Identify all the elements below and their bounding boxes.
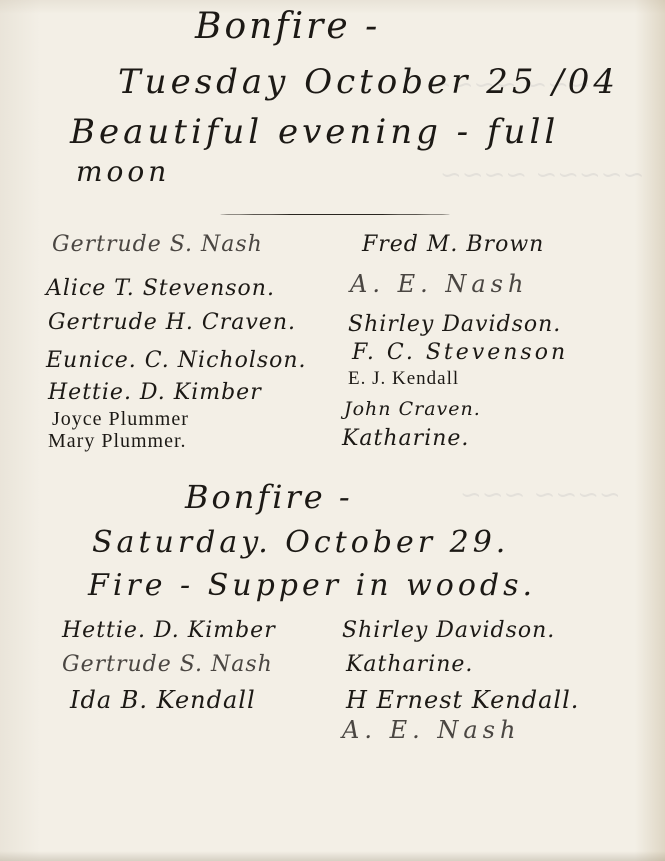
signature: A. E. Nash: [350, 270, 528, 298]
signature: E. J. Kendall: [348, 368, 459, 390]
entry-2-note: Fire - Supper in woods.: [88, 568, 536, 603]
handwritten-guestbook-page: ~~~ ~~~~ ~~~~~ ~~~~ ~~~~ ~~~ Bonfire - T…: [0, 0, 665, 861]
signature: Gertrude S. Nash: [52, 232, 263, 257]
signature: Gertrude S. Nash: [62, 652, 273, 677]
bleed-through-text: ~~~~ ~~~: [460, 480, 621, 510]
signature: H Ernest Kendall.: [346, 686, 579, 714]
entry-1-date: Tuesday October 25 /04: [118, 62, 619, 102]
signature: Hettie. D. Kimber: [62, 618, 276, 643]
signature: A. E. Nash: [342, 716, 520, 744]
entry-1-note-line-2: moon: [76, 155, 170, 188]
signature: Alice T. Stevenson.: [46, 276, 275, 301]
signature: F. C. Stevenson: [352, 340, 568, 365]
bleed-through-text: ~~~~~ ~~~~: [440, 160, 644, 190]
signature: Eunice. C. Nicholson.: [46, 348, 307, 373]
signature: Hettie. D. Kimber: [48, 380, 262, 405]
signature: Gertrude H. Craven.: [48, 310, 296, 335]
signature: Shirley Davidson.: [348, 312, 561, 337]
entry-2-heading: Bonfire -: [185, 478, 353, 516]
signature: Ida B. Kendall: [70, 686, 256, 714]
signature: Joyce Plummer: [52, 408, 189, 431]
entry-1-note-line-1: Beautiful evening - full: [70, 112, 559, 152]
signature: Katharine.: [342, 426, 469, 451]
signature: Fred M. Brown: [362, 232, 544, 257]
signature: John Craven.: [344, 398, 481, 420]
signature: Katharine.: [346, 652, 473, 677]
entry-2-date: Saturday. October 29.: [92, 525, 509, 560]
divider-flourish: [220, 214, 450, 215]
entry-1-heading: Bonfire -: [195, 6, 380, 47]
signature: Mary Plummer.: [48, 430, 187, 453]
signature: Shirley Davidson.: [342, 618, 555, 643]
